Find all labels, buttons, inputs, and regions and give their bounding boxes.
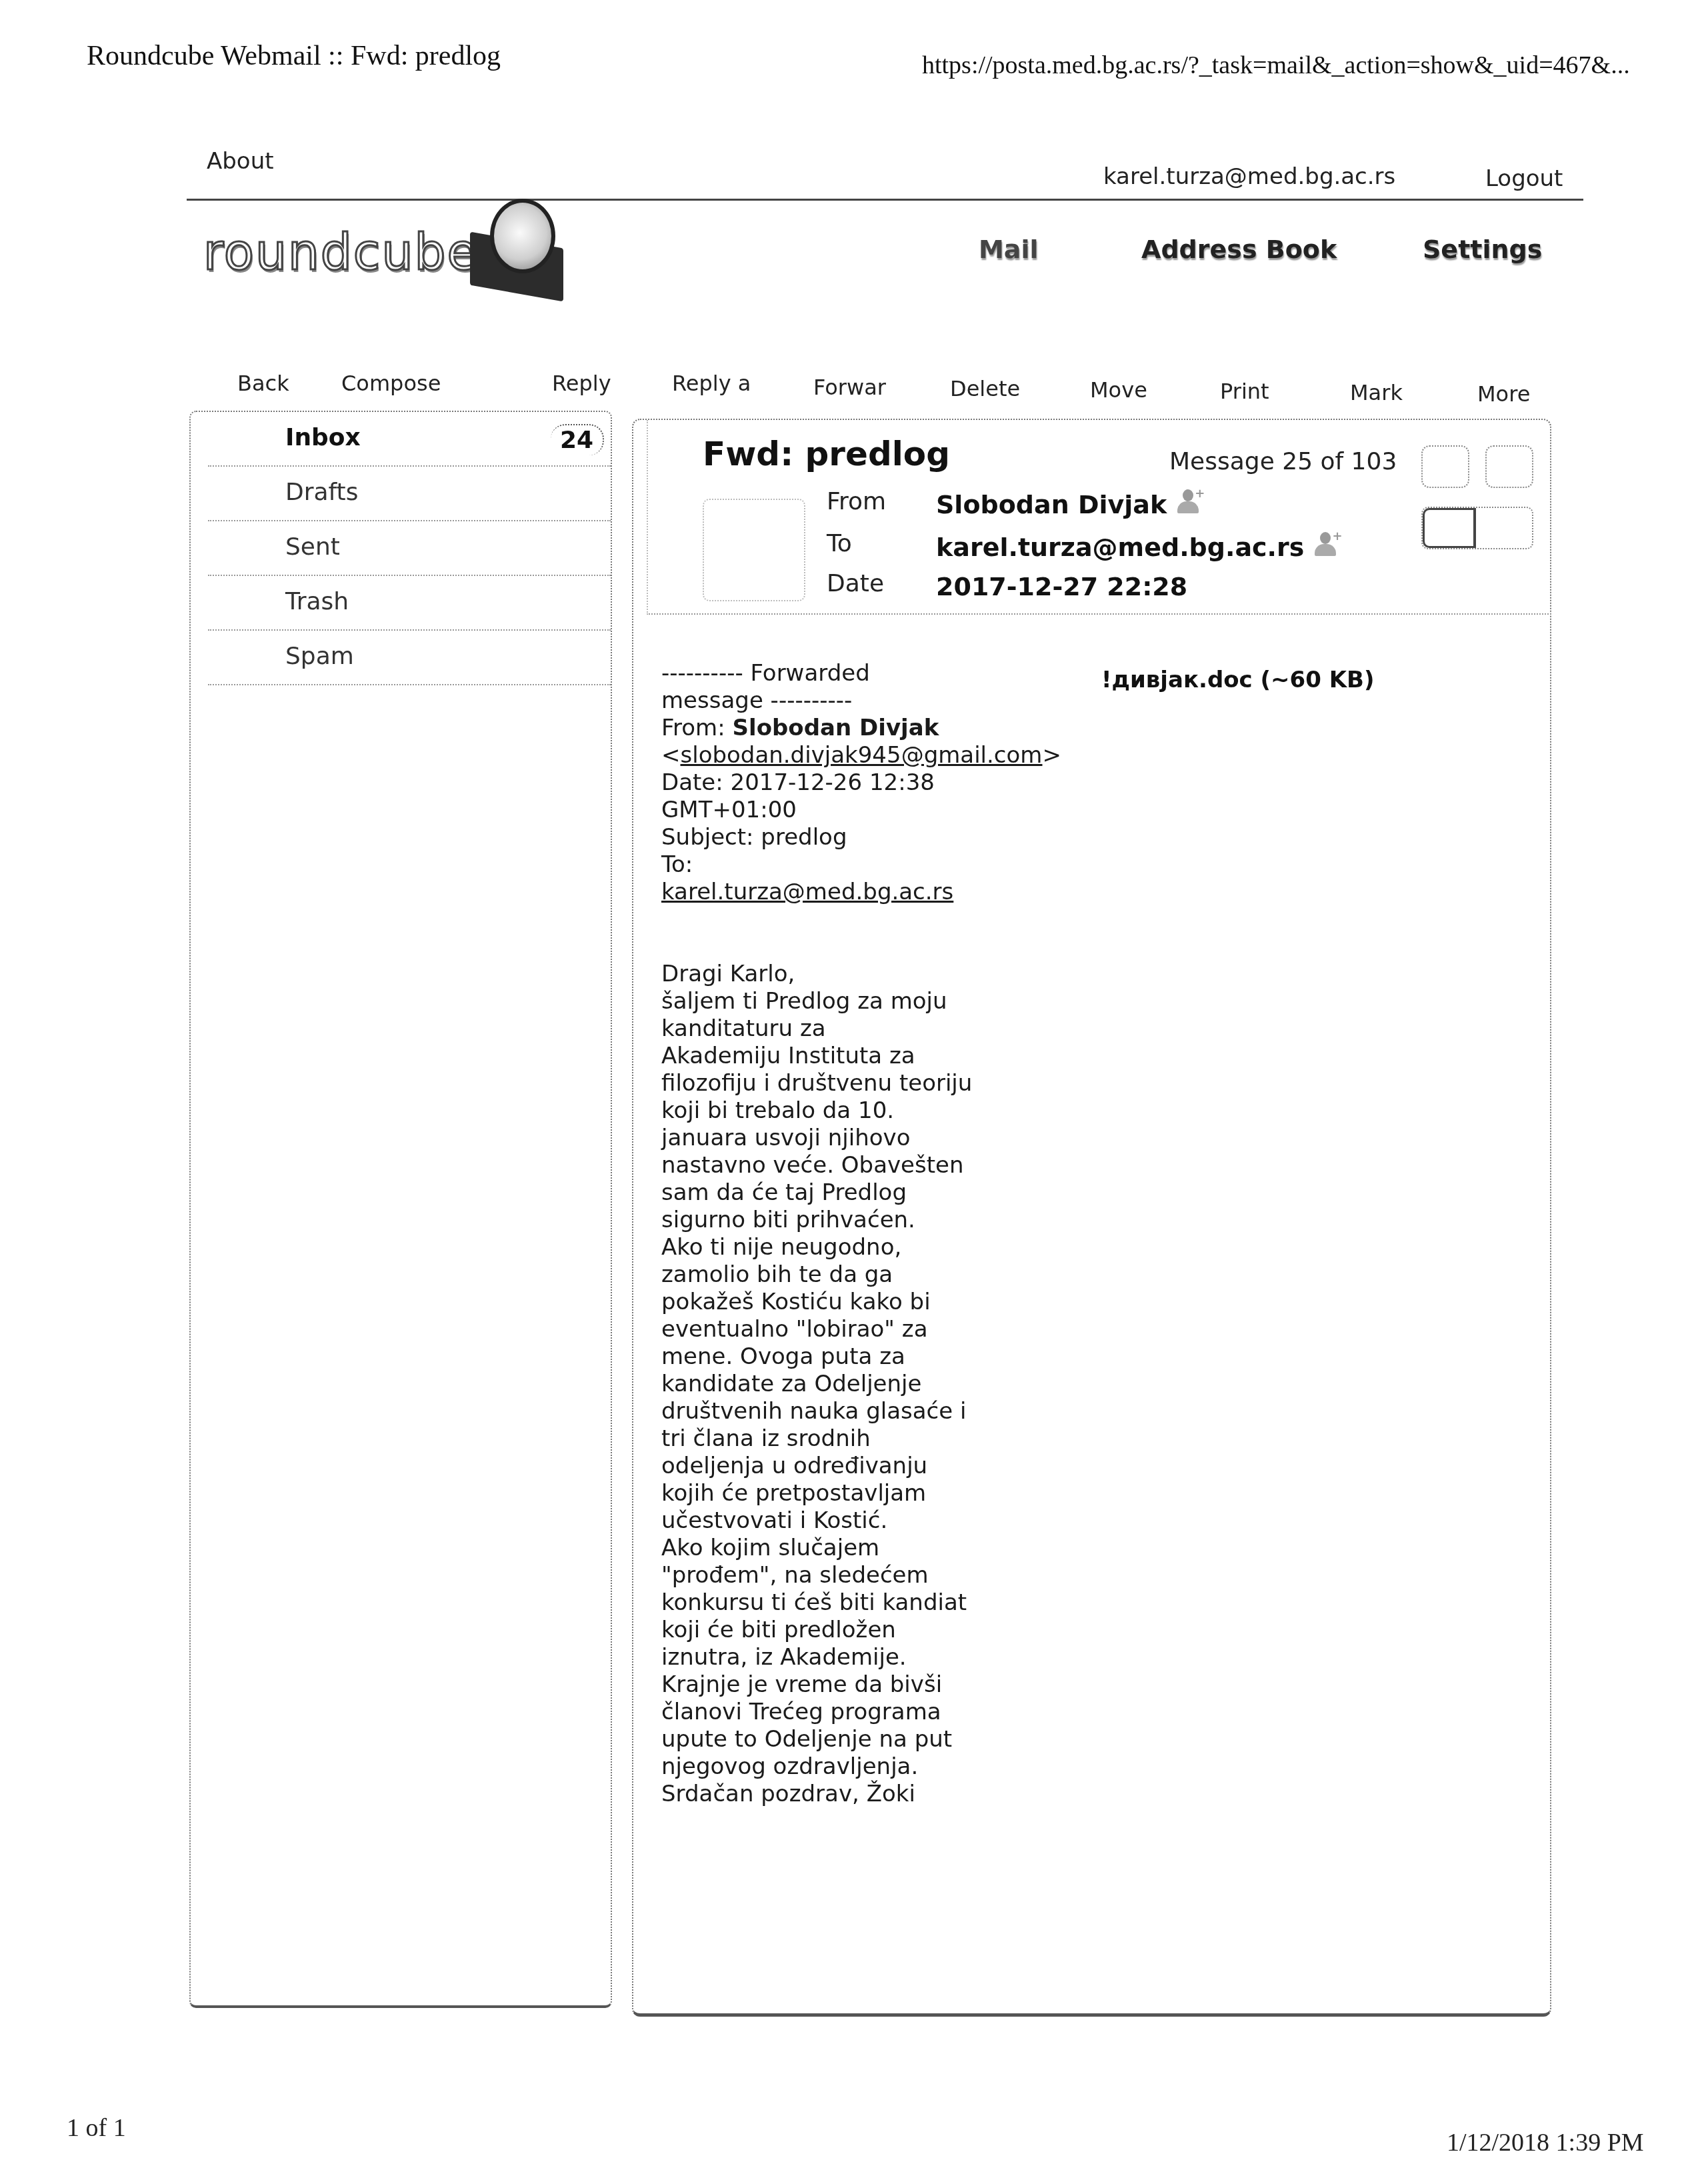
forward-date-line: Date: 2017-12-26 12:38 (661, 769, 1088, 797)
back-button[interactable]: Back (237, 371, 289, 396)
body-line: mene. Ovoga puta za (661, 1343, 1088, 1371)
view-toggle[interactable] (1421, 507, 1533, 549)
recipient-email[interactable]: karel.turza@med.bg.ac.rs (936, 533, 1304, 562)
folder-label: Trash (285, 588, 349, 615)
body-spacer (661, 906, 1088, 961)
body-line: januara usvoji njihovo (661, 1125, 1088, 1152)
body-line: njegovog ozdravljenja. (661, 1753, 1088, 1781)
folder-label: Sent (285, 533, 340, 561)
folder-label: Drafts (285, 479, 359, 506)
folder-trash[interactable]: Trash (208, 576, 611, 631)
print-page-title: Roundcube Webmail :: Fwd: predlog (87, 40, 501, 72)
print-button[interactable]: Print (1220, 379, 1269, 404)
body-line: odeljenja u određivanju (661, 1453, 1088, 1480)
body-line: učestvovati i Kostić. (661, 1507, 1088, 1535)
next-message-button[interactable] (1485, 445, 1533, 488)
nav-address-book[interactable]: Address Book (1141, 235, 1337, 264)
body-line: konkursu ti ćeš biti kandiat (661, 1589, 1088, 1617)
from-value: Slobodan Divjak+ (936, 489, 1203, 519)
body-line: iznutra, iz Akademije. (661, 1644, 1088, 1671)
logo-ball-icon (490, 199, 555, 273)
body-line: eventualno "lobirao" za (661, 1316, 1088, 1343)
date-label: Date (827, 570, 884, 597)
add-contact-icon[interactable]: + (1176, 489, 1203, 516)
body-line: kojih će pretpostavljam (661, 1480, 1088, 1507)
to-value: karel.turza@med.bg.ac.rs+ (936, 532, 1340, 562)
body-line: Srdačan pozdrav, Žoki (661, 1781, 1088, 1808)
attachment-link[interactable]: !дивјак.doc (~60 KB) (1101, 667, 1375, 693)
forward-email-line: <slobodan.divjak945@gmail.com> (661, 742, 1088, 769)
body-line: pokažeš Kostiću kako bi (661, 1289, 1088, 1316)
more-button[interactable]: More (1477, 381, 1530, 407)
about-link[interactable]: About (207, 148, 274, 175)
forward-from-prefix: From: (661, 715, 733, 741)
mark-button[interactable]: Mark (1350, 380, 1403, 405)
logout-link[interactable]: Logout (1485, 165, 1563, 192)
body-line: Dragi Karlo, (661, 961, 1088, 988)
forward-from-email-link[interactable]: slobodan.divjak945@gmail.com (681, 742, 1043, 769)
from-label: From (827, 488, 886, 515)
nav-settings[interactable]: Settings (1423, 235, 1542, 264)
body-line: Krajnje je vreme da bivši (661, 1671, 1088, 1699)
forward-to-line: karel.turza@med.bg.ac.rs (661, 879, 1088, 906)
contact-photo (703, 499, 805, 601)
body-line: "prođem", na sledećem (661, 1562, 1088, 1589)
message-subject: Fwd: predlog (703, 435, 950, 473)
body-line: upute to Odeljenje na put (661, 1726, 1088, 1753)
reply-all-button[interactable]: Reply a (672, 371, 751, 396)
body-line: sigurno biti prihvaćen. (661, 1207, 1088, 1234)
nav-mail[interactable]: Mail (979, 235, 1039, 264)
to-label: To (827, 530, 852, 557)
print-url: https://posta.med.bg.ac.rs/?_task=mail&_… (922, 51, 1630, 80)
folder-label: Spam (285, 643, 354, 670)
forward-date-tz: GMT+01:00 (661, 797, 1088, 824)
date-value: 2017-12-27 22:28 (936, 572, 1187, 601)
roundcube-logo[interactable]: roundcube (203, 193, 577, 307)
folder-sent[interactable]: Sent (208, 521, 611, 576)
folder-label: Inbox (285, 424, 361, 451)
folder-list: Inbox 24 Drafts Sent Trash Spam (189, 411, 612, 2008)
email-bracket-close: > (1043, 742, 1062, 769)
forward-header-line: ---------- Forwarded (661, 660, 1088, 687)
forward-subject-line: Subject: predlog (661, 824, 1088, 851)
folder-drafts[interactable]: Drafts (208, 467, 611, 521)
message-body: ---------- Forwarded message ---------- … (661, 660, 1088, 1808)
reply-button[interactable]: Reply (552, 371, 611, 396)
logo-text: roundcube (203, 224, 479, 281)
view-toggle-left[interactable] (1423, 508, 1476, 548)
folder-inbox[interactable]: Inbox 24 (208, 412, 611, 467)
body-line: filozofiju i društvenu teoriju (661, 1070, 1088, 1097)
username: karel.turza@med.bg.ac.rs (1103, 163, 1395, 190)
previous-message-button[interactable] (1421, 445, 1469, 488)
body-line: sam da će taj Predlog (661, 1179, 1088, 1207)
body-line: tri člana iz srodnih (661, 1425, 1088, 1453)
body-line: Ako ti nije neugodno, (661, 1234, 1088, 1261)
forward-header-line: message ---------- (661, 687, 1088, 715)
move-button[interactable]: Move (1090, 377, 1147, 403)
body-line: zamolio bih te da ga (661, 1261, 1088, 1289)
add-contact-icon[interactable]: + (1313, 532, 1340, 559)
body-line: Ako kojim slučajem (661, 1535, 1088, 1562)
forward-button[interactable]: Forwar (813, 375, 886, 400)
unread-count-badge: 24 (551, 424, 604, 455)
body-line: društvenih nauka glasaće i (661, 1398, 1088, 1425)
body-line: članovi Trećeg programa (661, 1699, 1088, 1726)
sender-name[interactable]: Slobodan Divjak (936, 490, 1167, 519)
forward-from-line: From: Slobodan Divjak (661, 715, 1088, 742)
compose-button[interactable]: Compose (341, 371, 441, 396)
body-line: Akademiju Instituta za (661, 1043, 1088, 1070)
print-page-count: 1 of 1 (67, 2113, 126, 2143)
print-datetime: 1/12/2018 1:39 PM (1447, 2128, 1644, 2157)
message-header: Fwd: predlog Message 25 of 103 From Slob… (647, 420, 1551, 615)
body-line: koji bi trebalo da 10. (661, 1097, 1088, 1125)
message-counter: Message 25 of 103 (1169, 448, 1397, 475)
email-bracket-open: < (661, 742, 681, 769)
forward-to-label: To: (661, 851, 1088, 879)
body-line: nastavno veće. Obavešten (661, 1152, 1088, 1179)
forward-to-email-link[interactable]: karel.turza@med.bg.ac.rs (661, 879, 953, 905)
body-line: kandidate za Odeljenje (661, 1371, 1088, 1398)
folder-spam[interactable]: Spam (208, 631, 611, 685)
forward-from-name: Slobodan Divjak (733, 715, 939, 741)
body-text: Dragi Karlo,šaljem ti Predlog za mojukan… (661, 961, 1088, 1808)
delete-button[interactable]: Delete (950, 376, 1020, 401)
body-line: koji će biti predložen (661, 1617, 1088, 1644)
body-line: kanditaturu za (661, 1015, 1088, 1043)
body-line: šaljem ti Predlog za moju (661, 988, 1088, 1015)
